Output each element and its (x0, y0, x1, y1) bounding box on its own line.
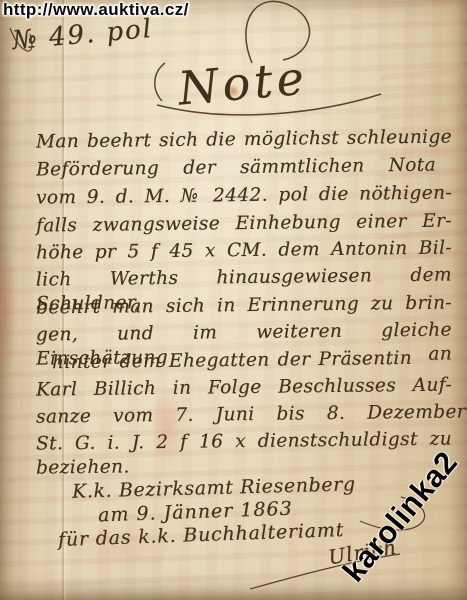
manuscript-line: falls zwangsweise Einhebung einer Er- (36, 209, 452, 238)
karolinka-seller-watermark: karolinka2 (336, 431, 467, 589)
title-open-flourish (155, 63, 165, 101)
manuscript-line: Karl Billich in Folge Beschlusses Auf- (36, 373, 452, 402)
manuscript-line: vom 9. d. M. № 2442. pol die nöthigen- (36, 181, 452, 210)
reference-number: № 49. pol (11, 14, 154, 56)
manuscript-line: St. G. i. J. 2 f 16 x dienstschuldigst z… (36, 427, 452, 456)
manuscript-line: beziehen. (36, 455, 130, 480)
letter-title: Note (176, 50, 310, 115)
manuscript-line: hinter dem Ehegatten der Präsentin (52, 347, 412, 375)
manuscript-line: sanze vom 7. Juni bis 8. Dezember (36, 400, 466, 429)
manuscript-line: Man beehrt sich die möglichst schleunige (36, 125, 452, 154)
manuscript-line: höhe pr 5 f 45 x CM. dem Antonin Bil- (36, 236, 452, 265)
auktiva-url-watermark: http://www.auktiva.cz/ (3, 0, 189, 20)
scanned-letter: № 49. pol Note Man beehrt sich die mögli… (0, 0, 467, 600)
manuscript-line: Beförderung der sämmtlichen Nota (36, 154, 436, 183)
ink-stain (0, 240, 16, 380)
manuscript-line: beehrt man sich in Erinnerung zu brin- (36, 291, 452, 320)
